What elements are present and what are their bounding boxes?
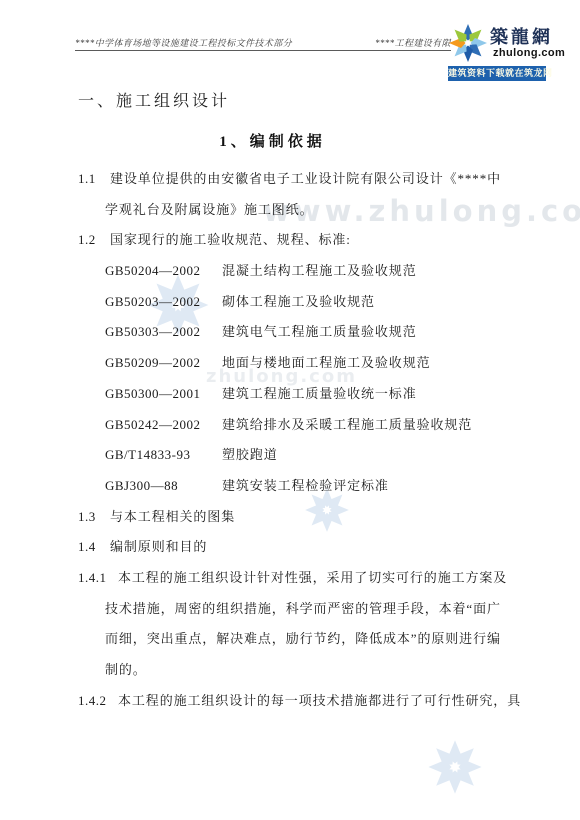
pinwheel-logo-icon: [448, 23, 488, 63]
subsection-heading: 1、编制依据: [0, 130, 545, 151]
doc-line-16: 而细，突出重点，解决难点，励行节约，降低成本”的原则进行编: [78, 624, 538, 655]
standard-title: 建筑工程施工质量验收统一标准: [222, 386, 417, 401]
standard-code: GB/T14833-93: [105, 440, 222, 471]
clause-number: 1.1: [78, 164, 110, 195]
brand-domain: zhulong.com: [493, 47, 565, 59]
standard-title: 建筑给排水及采暖工程施工质量验收规范: [222, 417, 472, 432]
doc-line-4: GB50204—2002混凝土结构工程施工及验收规范: [78, 256, 538, 287]
clause-text: 编制原则和目的: [110, 539, 207, 554]
clause-text: 与本工程相关的图集: [110, 509, 235, 524]
document-page: www.zhulong.com zhulong.com ****中学体育场地等设…: [0, 0, 580, 820]
doc-line-6: GB50303—2002建筑电气工程施工质量验收规范: [78, 317, 538, 348]
doc-line-1: 1.1建设单位提供的由安徽省电子工业设计院有限公司设计《****中: [78, 164, 538, 195]
pinwheel-watermark-icon: [427, 739, 483, 795]
standard-code: GB50204—2002: [105, 256, 222, 287]
document-body: 1.1建设单位提供的由安徽省电子工业设计院有限公司设计《****中学观礼台及附属…: [78, 164, 538, 716]
doc-line-15: 技术措施，周密的组织措施，科学而严密的管理手段，本着“面广: [78, 594, 538, 625]
standard-title: 建筑安装工程检验评定标准: [222, 478, 389, 493]
standard-code: GB50209—2002: [105, 348, 222, 379]
clause-text: 本工程的施工组织设计的每一项技术措施都进行了可行性研究，具: [118, 693, 521, 708]
standard-code: GB50300—2001: [105, 379, 222, 410]
doc-line-14: 1.4.1本工程的施工组织设计针对性强，采用了切实可行的施工方案及: [78, 563, 538, 594]
standard-code: GB50203—2002: [105, 287, 222, 318]
doc-line-13: 1.4编制原则和目的: [78, 532, 538, 563]
standard-title: 塑胶跑道: [222, 447, 278, 462]
standard-title: 混凝土结构工程施工及验收规范: [222, 263, 417, 278]
standard-code: GBJ300—88: [105, 471, 222, 502]
clause-number: 1.4: [78, 532, 110, 563]
section-heading: 一、施工组织设计: [78, 88, 230, 111]
doc-line-9: GB50242—2002建筑给排水及采暖工程施工质量验收规范: [78, 410, 538, 441]
doc-line-3: 1.2国家现行的施工验收规范、规程、标准:: [78, 225, 538, 256]
standard-title: 建筑电气工程施工质量验收规范: [222, 324, 417, 339]
standard-code: GB50242—2002: [105, 410, 222, 441]
zhulong-logo: 築龍網 zhulong.com 建筑资料下载就在筑龙网: [448, 23, 546, 81]
doc-line-18: 1.4.2本工程的施工组织设计的每一项技术措施都进行了可行性研究，具: [78, 686, 538, 717]
doc-line-17: 制的。: [78, 655, 538, 686]
header-left-title: ****中学体育场地等设施建设工程投标文件技术部分: [75, 36, 292, 50]
standard-code: GB50303—2002: [105, 317, 222, 348]
clause-text: 本工程的施工组织设计针对性强，采用了切实可行的施工方案及: [118, 570, 507, 585]
standard-title: 地面与楼地面工程施工及验收规范: [222, 355, 431, 370]
doc-line-7: GB50209—2002地面与楼地面工程施工及验收规范: [78, 348, 538, 379]
doc-line-5: GB50203—2002砌体工程施工及验收规范: [78, 287, 538, 318]
doc-line-2: 学观礼台及附属设施》施工图纸。: [78, 195, 538, 226]
brand-name: 築龍網: [490, 27, 565, 47]
doc-line-8: GB50300—2001建筑工程施工质量验收统一标准: [78, 379, 538, 410]
logo-banner: 建筑资料下载就在筑龙网: [448, 66, 546, 81]
doc-line-11: GBJ300—88建筑安装工程检验评定标准: [78, 471, 538, 502]
clause-number: 1.4.2: [78, 686, 118, 717]
clause-number: 1.4.1: [78, 563, 118, 594]
clause-text: 国家现行的施工验收规范、规程、标准:: [110, 232, 351, 247]
header-right-title: ****工程建设有限: [375, 36, 451, 50]
doc-line-12: 1.3与本工程相关的图集: [78, 502, 538, 533]
clause-text: 建设单位提供的由安徽省电子工业设计院有限公司设计《****中: [110, 171, 501, 186]
page-header: ****中学体育场地等设施建设工程投标文件技术部分 ****工程建设有限: [75, 34, 451, 51]
clause-number: 1.2: [78, 225, 110, 256]
doc-line-10: GB/T14833-93塑胶跑道: [78, 440, 538, 471]
standard-title: 砌体工程施工及验收规范: [222, 294, 375, 309]
clause-number: 1.3: [78, 502, 110, 533]
